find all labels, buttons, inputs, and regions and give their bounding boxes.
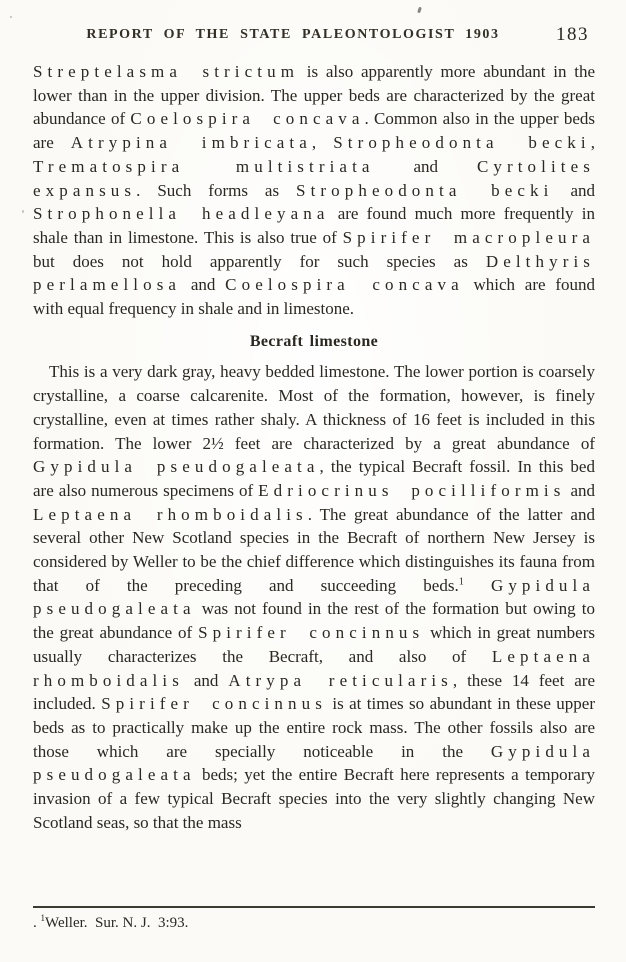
text-segment: , bbox=[312, 133, 333, 152]
taxon-name: Coelospira concava bbox=[130, 109, 364, 128]
footnote-citation: Weller. Sur. N. J. 3:93. bbox=[45, 915, 188, 931]
taxon-name: Atrypina imbricata bbox=[71, 133, 312, 152]
taxon-name: Spirifer concinnus bbox=[101, 694, 327, 713]
taxon-name: Streptelasma strictum bbox=[33, 62, 299, 81]
text-segment: . Such forms as bbox=[136, 181, 296, 200]
taxon-name: Atrypa reticularis bbox=[228, 671, 453, 690]
paragraph-becraft-limestone: This is a very dark gray, heavy bedded l… bbox=[33, 360, 595, 834]
footnote-prefix: . bbox=[33, 915, 37, 931]
page-body: Streptelasma strictum is also apparently… bbox=[33, 60, 595, 906]
page-number: 183 bbox=[556, 24, 589, 46]
text-segment: but does not hold apparently for such sp… bbox=[33, 252, 486, 271]
text-segment: and bbox=[554, 181, 596, 200]
taxon-name: Coelospira concava bbox=[225, 275, 464, 294]
taxon-name: Trematospira multistriata bbox=[33, 157, 375, 176]
taxon-name: Spirifer concinnus bbox=[198, 623, 424, 642]
running-header-title: REPORT OF THE STATE PALEONTOLOGIST 1903 bbox=[33, 27, 593, 43]
taxon-name: Edriocrinus pocilliformis bbox=[258, 481, 565, 500]
footnote-divider bbox=[33, 906, 595, 908]
text-segment bbox=[464, 576, 491, 595]
scanned-book-page: REPORT OF THE STATE PALEONTOLOGIST 1903 … bbox=[0, 0, 626, 962]
paragraph-division-fauna: Streptelasma strictum is also apparently… bbox=[33, 60, 595, 321]
text-segment: and bbox=[565, 481, 595, 500]
taxon-name: Stropheodonta becki bbox=[333, 133, 591, 152]
text-segment: This is a very dark gray, heavy bedded l… bbox=[33, 362, 595, 452]
taxon-name: Strophonella headleyana bbox=[33, 204, 330, 223]
scan-speck bbox=[22, 210, 24, 213]
text-segment: and bbox=[375, 157, 477, 176]
footnote: . 1Weller. Sur. N. J. 3:93. bbox=[33, 914, 595, 933]
text-segment: and bbox=[181, 275, 225, 294]
scan-speck bbox=[10, 16, 12, 18]
taxon-name: Gypidula pseudogaleata bbox=[33, 457, 320, 476]
footnote-area: . 1Weller. Sur. N. J. 3:93. bbox=[33, 906, 595, 933]
text-segment: , bbox=[591, 133, 595, 152]
section-heading-becraft-limestone: Becraft limestone bbox=[33, 330, 595, 354]
taxon-name: Stropheodonta becki bbox=[296, 181, 553, 200]
scan-speck bbox=[417, 7, 422, 14]
taxon-name: Spirifer macropleura bbox=[343, 228, 595, 247]
running-header: REPORT OF THE STATE PALEONTOLOGIST 1903 … bbox=[33, 27, 593, 49]
taxon-name: Leptaena rhomboidalis bbox=[33, 505, 308, 524]
text-segment: and bbox=[184, 671, 228, 690]
